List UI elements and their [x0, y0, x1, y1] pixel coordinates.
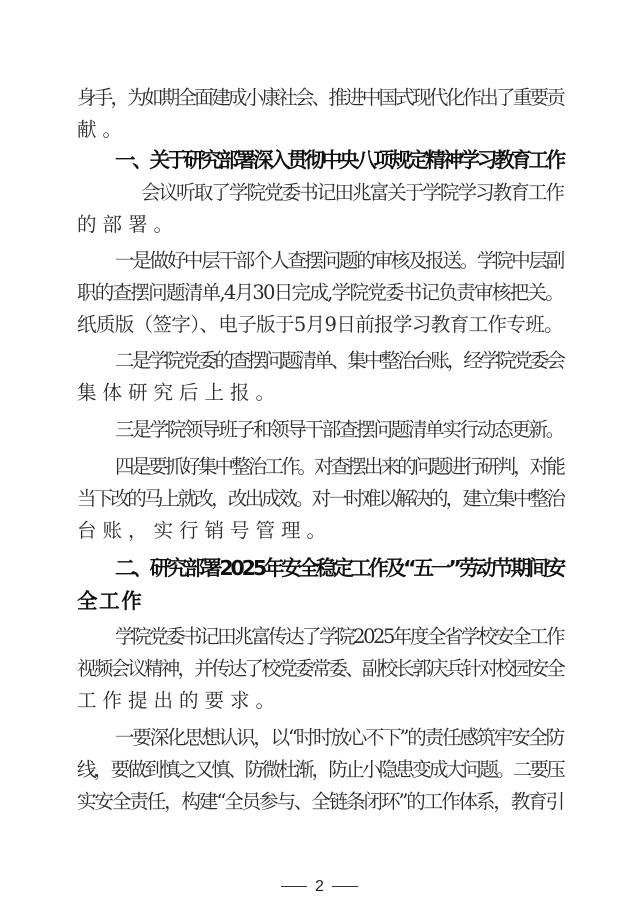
body-text-line: 集体研究后上报。	[77, 381, 281, 405]
body-text-line: 线，要做到慎之又慎、防微杜渐，防止小隐患变成大问题。二要压	[77, 758, 563, 782]
section-heading-line: 一、关于研究部署深入贯彻中央八项规定精神学习教育工作	[115, 148, 563, 172]
body-text-line: 视频会议精神，并传达了校党委常委、副校长郭庆兵针对校园安全	[77, 657, 563, 681]
body-text-line: 工作提出的要求。	[77, 689, 281, 713]
body-text-line: 三是学院领导班子和领导干部查摆问题清单实行动态更新。	[115, 418, 563, 442]
body-text-line: 纸质版（签字）、电子版于5月9日前报学习教育工作专班。	[77, 313, 563, 337]
body-text-line: 职的查摆问题清单,4月30日完成,学院党委书记负责审核把关。	[77, 281, 563, 305]
section-heading-line: 二、研究部署2025年安全稳定工作及“五一”劳动节期间安	[115, 556, 563, 580]
body-text-line: 身手，为如期全面建成小康社会、推进中国式现代化作出了重要贡	[77, 86, 563, 110]
body-text-line: 一要深化思想认识，以“时时放心不下”的责任感筑牢安全防	[115, 726, 563, 750]
footer-dash-right	[332, 886, 358, 887]
body-text-line: 会议听取了学院党委书记田兆富关于学院学习教育工作	[141, 181, 563, 205]
body-text-line: 实安全责任，构建“全员参与、全链条闭环”的工作体系，教育引	[77, 790, 563, 814]
body-text-line: 一是做好中层干部个人查摆问题的审核及报送。学院中层副	[115, 249, 563, 273]
body-text-line: 二是学院党委的查摆问题清单、集中整治台账，经学院党委会	[115, 349, 563, 373]
body-text-line: 四是要抓好集中整治工作。对查摆出来的问题进行研判，对能	[115, 455, 563, 479]
body-text-line: 献。	[77, 118, 128, 142]
page-footer: 2	[0, 878, 639, 896]
footer-dash-left	[281, 886, 307, 887]
section-heading-line: 全工作	[77, 589, 143, 613]
page-number: 2	[315, 878, 324, 895]
body-text-line: 当下改的马上就改，改出成效。对一时难以解决的，建立集中整治	[77, 487, 563, 511]
body-text-line: 的部署。	[77, 213, 179, 237]
body-text-line: 台账，实行销号管理。	[77, 519, 332, 543]
body-text-line: 学院党委书记田兆富传达了学院2025年度全省学校安全工作	[115, 625, 563, 649]
